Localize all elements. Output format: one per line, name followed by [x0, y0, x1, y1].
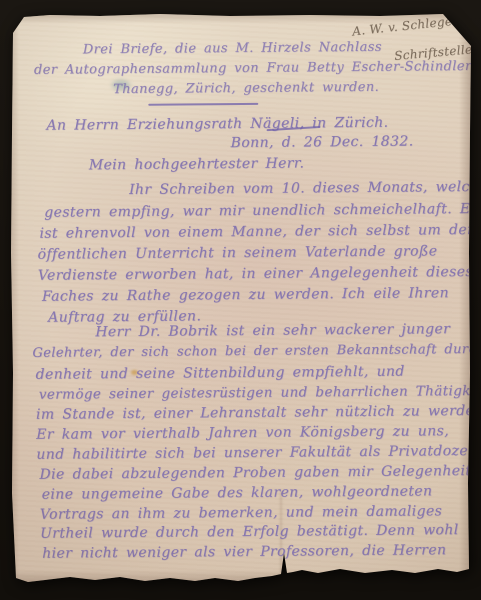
body-line: im Stande ist, einer Lehranstalt sehr nü… — [36, 403, 481, 423]
body-line: und habilitirte sich bei unserer Fakultä… — [36, 443, 481, 463]
body-line: Herr Dr. Bobrik ist ein sehr wackerer ju… — [95, 321, 450, 340]
body-line: ist ehrenvoll von einem Manne, der sich … — [39, 222, 476, 242]
body-line: Vortrags an ihm zu bemerken, und mein da… — [40, 503, 442, 523]
provenance-note-line: Thanegg, Zürich, geschenkt wurden. — [113, 80, 379, 97]
photo-mount: A. W. v. Schlegel Schriftsteller, Dichte… — [0, 0, 481, 600]
body-line: Verdienste erworben hat, in einer Angele… — [38, 264, 473, 284]
provenance-note-line: Drei Briefe, die aus M. Hirzels Nachlass — [83, 40, 382, 58]
body-line: vermöge seiner geistesrüstigen und behar… — [39, 383, 481, 403]
address-line: An Herrn Erziehungsrath Nägeli, in Züric… — [46, 115, 388, 134]
body-line: Urtheil wurde durch den Erfolg bestätigt… — [40, 522, 459, 542]
salutation-line: Mein hochgeehrtester Herr. — [89, 155, 305, 173]
body-line: Faches zu Rathe gezogen zu werden. Ich e… — [42, 285, 449, 305]
letter-paper: A. W. v. Schlegel Schriftsteller, Dichte… — [10, 13, 471, 586]
body-line: denheit und seine Sittenbildung empfiehl… — [36, 364, 405, 383]
body-line: hier nicht weniger als vier Professoren,… — [42, 542, 446, 562]
body-line: Gelehrter, der sich schon bei der ersten… — [32, 341, 481, 361]
body-line: öffentlichen Unterricht in seinem Vaterl… — [38, 243, 438, 262]
dateline: Bonn, d. 26 Dec. 1832. — [231, 133, 414, 151]
handwriting-layer: Drei Briefe, die aus M. Hirzels Nachlass… — [8, 11, 474, 588]
body-line: Ihr Schreiben vom 10. dieses Monats, wel… — [129, 179, 481, 198]
body-line: Er kam vor vierthalb Jahren von Königsbe… — [36, 423, 449, 443]
body-line: eine ungemeine Gabe des klaren, wohlgeor… — [42, 483, 433, 502]
body-line: gestern empfing, war mir unendlich schme… — [44, 201, 478, 221]
provenance-underline — [148, 103, 258, 106]
body-line: Die dabei abzulegenden Proben gaben mir … — [39, 463, 476, 483]
provenance-note-line: der Autographensammlung von Frau Betty E… — [34, 59, 481, 78]
